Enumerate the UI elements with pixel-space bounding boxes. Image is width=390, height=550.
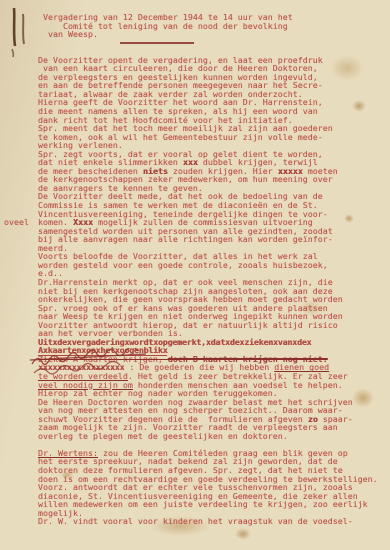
margin-note: oveel	[4, 218, 29, 227]
document-line: Dr. W. vindt vooral voor kinderen het vr…	[38, 517, 390, 526]
document-line: worden gesteld voor een goede controle, …	[38, 261, 390, 270]
typewritten-text: worden gesteld voor een goede controle, …	[38, 260, 328, 270]
typewritten-text: Dr. W. vindt vooral voor kinderen het vr…	[38, 516, 353, 526]
typewritten-document: Vergadering van 12 December 1944 te 14 u…	[0, 0, 390, 550]
typewritten-text: overleg te plegen met de geestelijken en…	[38, 431, 288, 441]
heading-rule-mark	[120, 42, 194, 44]
document-line: van Weesp.	[38, 30, 390, 39]
typewritten-text: bij alle aanvragen naar alle richtingen …	[38, 234, 333, 244]
typewritten-text: willen medewerken om een juiste verdeeli…	[38, 499, 368, 509]
document-line: willen medewerken om een juiste verdeeli…	[38, 500, 390, 509]
heading-rule	[38, 39, 390, 48]
document-line: bij alle aanvragen naar alle richtingen …	[38, 235, 390, 244]
typewritten-text: van Weesp.	[38, 29, 98, 39]
document-line: overleg te plegen met de geestelijken en…	[38, 432, 390, 441]
